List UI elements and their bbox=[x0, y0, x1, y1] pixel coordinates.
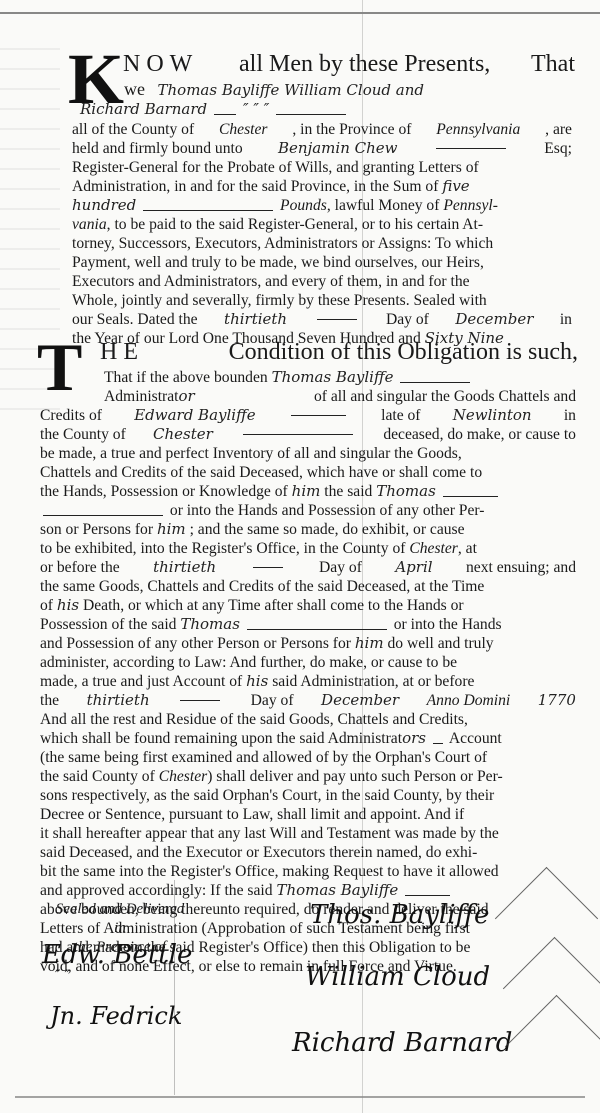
body-line: sons respectively, as the said Orphan's … bbox=[40, 786, 576, 805]
residence-place: Newlinton bbox=[453, 406, 532, 425]
signatory-1-signature: Thos. Bayliffe bbox=[310, 900, 489, 930]
deceased-name: Edward Bayliffe bbox=[134, 406, 255, 425]
body-line: be made, a true and perfect Inventory of… bbox=[40, 444, 576, 463]
body-line: the said County of Chester) shall delive… bbox=[40, 767, 576, 786]
body-line: or into the Hands and Possession of any … bbox=[40, 501, 576, 520]
obligors-handwritten: Thomas Bayliffe William Cloud and bbox=[158, 81, 424, 99]
body-line: or before the thirtieth Day of April nex… bbox=[40, 558, 576, 577]
condition-intro: That if the above bounden Thomas Bayliff… bbox=[104, 368, 576, 406]
body-line: Decree or Sentence, pursuant to Law, sha… bbox=[40, 805, 576, 824]
body-line: of his Death, or which at any Time after… bbox=[40, 596, 576, 615]
dropcap-t: T bbox=[37, 338, 87, 396]
paper-top-edge bbox=[0, 12, 600, 14]
sum-amount-1: five bbox=[442, 177, 469, 195]
body-line: (the same being first examined and allow… bbox=[40, 748, 576, 767]
date-day: thirtieth bbox=[224, 310, 287, 329]
bond-heading: NOW all Men by these Presents, That bbox=[123, 50, 575, 78]
body-line: made, a true and just Account of his sai… bbox=[40, 672, 576, 691]
obligor-richard-barnard: Richard Barnard bbox=[80, 100, 207, 118]
body-line: That if the above bounden Thomas Bayliff… bbox=[104, 368, 576, 387]
body-line: the thirtieth Day of December Anno Domin… bbox=[40, 691, 576, 710]
account-month: December bbox=[321, 691, 399, 710]
body-line: our Seals. Dated the thirtieth Day of De… bbox=[72, 310, 572, 329]
body-line: son or Persons for him ; and the same so… bbox=[40, 520, 576, 539]
body-line: administer, according to Law: And furthe… bbox=[40, 653, 576, 672]
province-name: Pennsylvania bbox=[436, 120, 520, 139]
heading-end: That bbox=[531, 50, 575, 78]
body-line: bit the same into the Register's Office,… bbox=[40, 862, 576, 881]
body-line: hundred Pounds, lawful Money of Pennsyl- bbox=[72, 196, 572, 215]
witness-signature-2: Jn. Fedrick bbox=[50, 1002, 182, 1030]
body-line: Credits of Edward Bayliffe late of Newli… bbox=[40, 406, 576, 425]
body-line: vania, to be paid to the said Register-G… bbox=[72, 215, 572, 234]
body-line: Payment, well and truly to be made, we b… bbox=[72, 253, 572, 272]
body-line: Executors and Administrators, and every … bbox=[72, 272, 572, 291]
body-line: all of the County of Chester , in the Pr… bbox=[72, 120, 572, 139]
body-line: it shall hereafter appear that any last … bbox=[40, 824, 576, 843]
body-line: the County of Chester deceased, do make,… bbox=[40, 425, 576, 444]
body-line: the same Goods, Chattels and Credits of … bbox=[40, 577, 576, 596]
inventory-month: April bbox=[395, 558, 432, 577]
body-line: Administrator of all and singular the Go… bbox=[104, 387, 576, 406]
condition-heading: HE Condition of this Obligation is such, bbox=[100, 338, 578, 366]
heading-caps: NOW bbox=[123, 50, 198, 78]
paper-bottom-edge bbox=[15, 1096, 585, 1098]
body-line: Whole, jointly and severally, firmly by … bbox=[72, 291, 572, 310]
body-line: held and firmly bound unto Benjamin Chew… bbox=[72, 139, 572, 158]
witness-signature-1: Edw. Bettle bbox=[42, 940, 192, 970]
bond-body: all of the County of Chester , in the Pr… bbox=[72, 120, 572, 348]
body-line: the Hands, Possession or Knowledge of hi… bbox=[40, 482, 576, 501]
account-year: 1770 bbox=[538, 691, 576, 710]
body-line: and Possession of any other Person or Pe… bbox=[40, 634, 576, 653]
date-month: December bbox=[455, 310, 533, 329]
signatory-2-signature: William Cloud bbox=[305, 962, 490, 992]
body-line: which shall be found remaining upon the … bbox=[40, 729, 576, 748]
body-line: and approved accordingly: If the said Th… bbox=[40, 881, 576, 900]
body-line: Chattels and Credits of the said Decease… bbox=[40, 463, 576, 482]
body-line: said Deceased, and the Executor or Execu… bbox=[40, 843, 576, 862]
body-line: Possession of the said Thomas or into th… bbox=[40, 615, 576, 634]
administrator-name: Thomas Bayliffe bbox=[272, 368, 394, 386]
body-line: And all the rest and Residue of the said… bbox=[40, 710, 576, 729]
ditto-marks: ″ ″ ″ bbox=[243, 100, 269, 118]
body-line: torney, Successors, Executors, Administr… bbox=[72, 234, 572, 253]
obligee-name: Benjamin Chew bbox=[278, 139, 397, 158]
account-day: thirtieth bbox=[87, 691, 150, 710]
county-name: Chester bbox=[219, 120, 268, 139]
body-line: Administration, in and for the said Prov… bbox=[72, 177, 572, 196]
condition-body: Credits of Edward Bayliffe late of Newli… bbox=[40, 406, 576, 976]
sum-amount-2: hundred bbox=[72, 196, 136, 214]
heading-rest: all Men by these Presents, bbox=[239, 50, 490, 78]
obligors-line-1: we Thomas Bayliffe William Cloud and bbox=[124, 80, 574, 99]
seal-3-icon bbox=[505, 995, 600, 1098]
inventory-day: thirtieth bbox=[153, 558, 216, 577]
signatory-3-signature: Richard Barnard bbox=[292, 1028, 512, 1058]
obligors-line-2: Richard Barnard ″ ″ ″ bbox=[80, 100, 530, 119]
we-label: we bbox=[124, 79, 145, 99]
witness-ditto: ″ ″ bbox=[55, 968, 70, 984]
body-line: to be exhibited, into the Register's Off… bbox=[40, 539, 576, 558]
document-page: K NOW all Men by these Presents, That we… bbox=[0, 0, 600, 1113]
body-line: Register-General for the Probate of Will… bbox=[72, 158, 572, 177]
